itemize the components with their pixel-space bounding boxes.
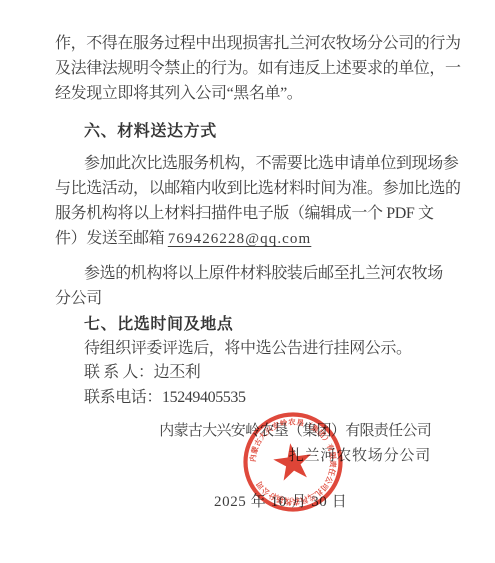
body-line: 参加此次比选服务机构，不需要比选申请单位到现场参 (84, 155, 458, 172)
body-line: 参选的机构将以上原件材料胶装后邮至扎兰河农牧场 (84, 265, 443, 282)
body-line: 待组织评委评选后，将中选公告进行挂网公示。 (84, 340, 412, 357)
official-seal: 内蒙古大兴安岭农垦（集团）有限责任公司扎兰河农牧场分公司 MONGOLIA (233, 402, 353, 522)
email-link[interactable]: 769426228@qq.com (168, 231, 312, 247)
contact-phone-line: 联系电话：15249405535 (84, 389, 246, 406)
body-line: 经发现立即将其列入公司“黑名单”。 (55, 85, 302, 102)
body-line: 作，不得在服务过程中出现损害扎兰河农牧场分公司的行为 (55, 35, 461, 52)
email-line-prefix: 件）发送至邮箱 (55, 230, 168, 247)
body-line: 与比选活动，以邮箱内收到比选材料时间为准。参加比选的 (55, 180, 461, 197)
contact-person-line: 联 系 人：边丕利 (84, 364, 200, 381)
body-line: 分公司 (55, 290, 102, 307)
document-page: 作，不得在服务过程中出现损害扎兰河农牧场分公司的行为 及法律法规明令禁止的行为。… (0, 0, 495, 563)
body-line: 服务机构将以上材料扫描件电子版（编辑成一个 PDF 文 (55, 205, 434, 222)
section-heading-6: 六、材料送达方式 (84, 123, 217, 140)
official-seal-graphic: 内蒙古大兴安岭农垦（集团）有限责任公司扎兰河农牧场分公司 MONGOLIA (233, 402, 353, 522)
seal-star-icon (271, 441, 314, 482)
body-line-with-email: 件）发送至邮箱 769426228@qq.com (55, 230, 311, 248)
body-line: 及法律法规明令禁止的行为。如有违反上述要求的单位，一 (55, 60, 461, 77)
section-heading-7: 七、比选时间及地点 (84, 316, 233, 333)
